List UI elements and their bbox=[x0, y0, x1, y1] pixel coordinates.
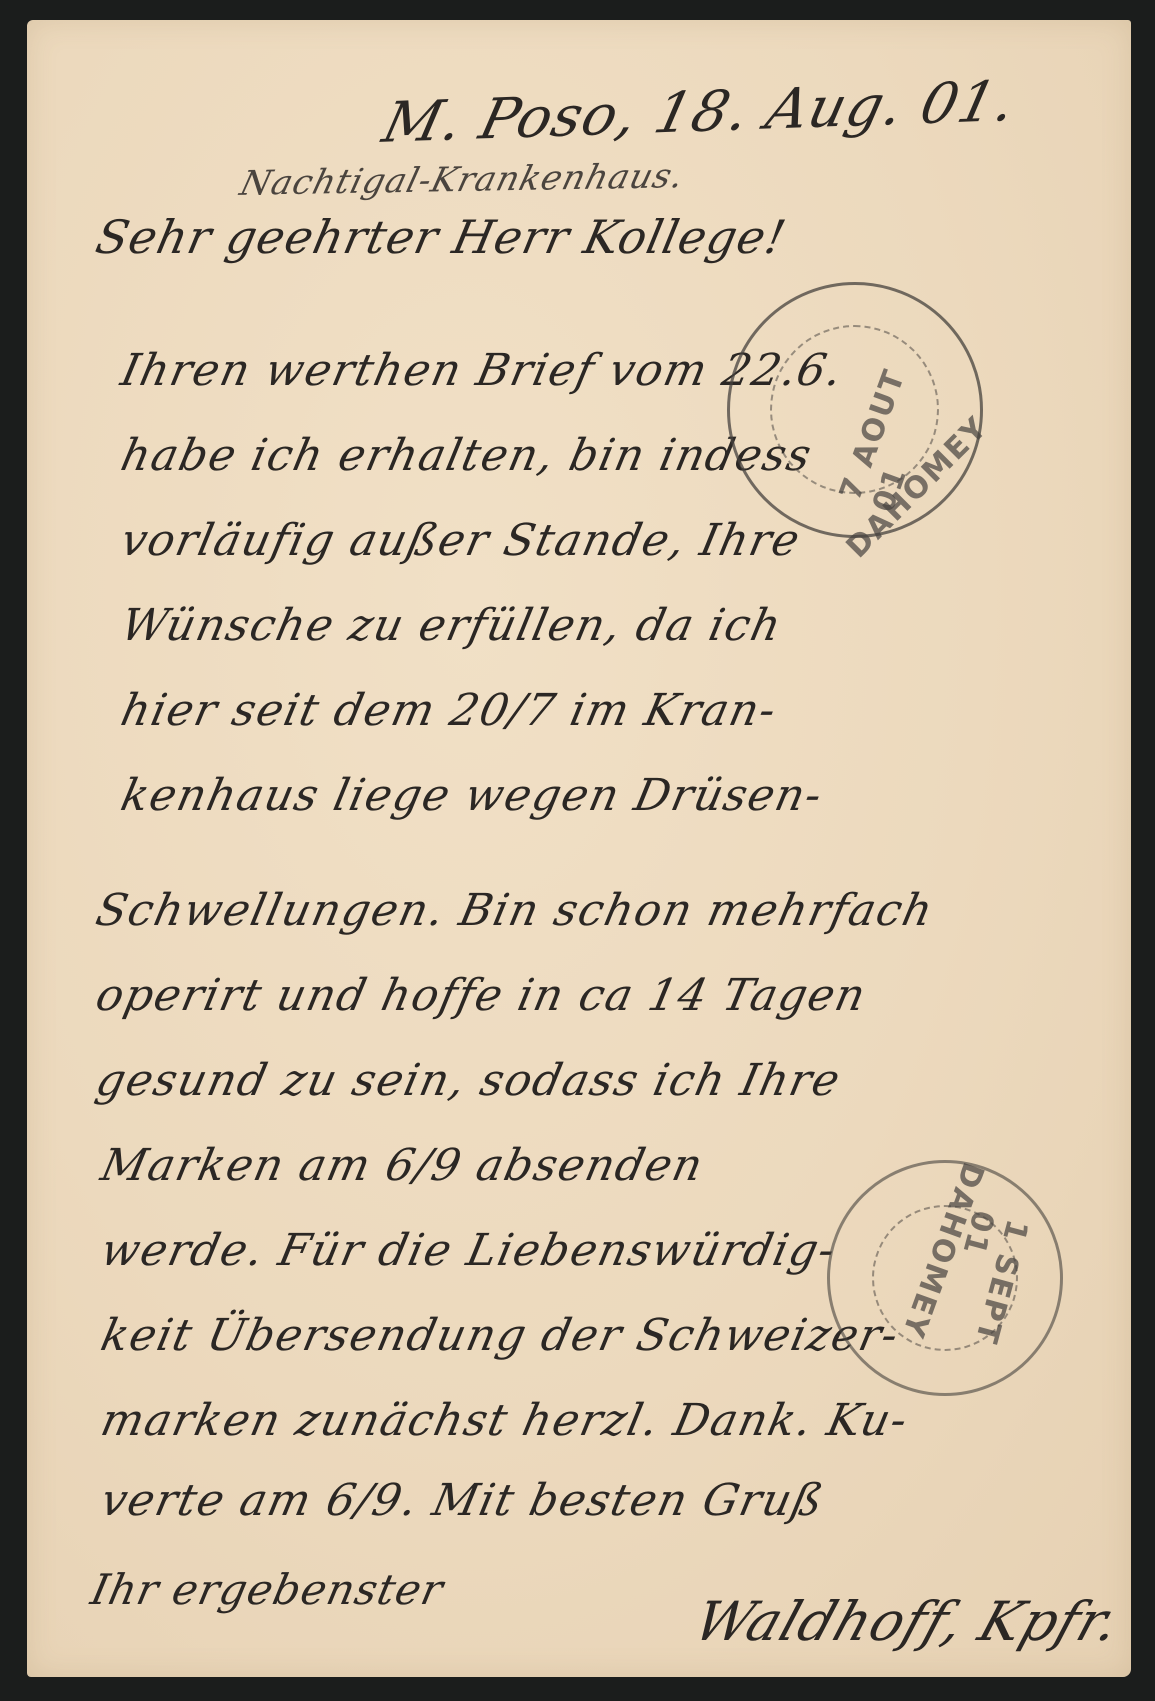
body-line: habe ich erhalten, bin indess bbox=[117, 430, 817, 481]
closing: Ihr ergebenster bbox=[87, 1565, 448, 1614]
body-line: keit Übersendung der Schweizer- bbox=[97, 1310, 904, 1361]
salutation: Sehr geehrter Herr Kollege! bbox=[91, 210, 791, 264]
body-line: hier seit dem 20/7 im Kran- bbox=[117, 685, 782, 736]
place-date-header: M. Poso, 18. Aug. 01. bbox=[377, 69, 1023, 156]
body-line: kenhaus liege wegen Drüsen- bbox=[117, 770, 828, 821]
body-line: vorläufig außer Stande, Ihre bbox=[117, 515, 806, 566]
body-line: operirt und hoffe in ca 14 Tagen bbox=[92, 970, 872, 1021]
body-line: Marken am 6/9 absenden bbox=[97, 1140, 709, 1191]
body-line: Wünsche zu erfüllen, da ich bbox=[117, 600, 787, 651]
body-line: gesund zu sein, sodass ich Ihre bbox=[92, 1055, 846, 1106]
body-line: marken zunächst herzl. Dank. Ku- bbox=[97, 1395, 913, 1446]
postmark-dahomey-lower: DAHOMEY 1 SEPT 01 bbox=[827, 1160, 1063, 1396]
postcard: M. Poso, 18. Aug. 01. Nachtigal-Krankenh… bbox=[27, 20, 1131, 1677]
institution-header: Nachtigal-Krankenhaus. bbox=[236, 156, 689, 204]
body-line: Schwellungen. Bin schon mehrfach bbox=[92, 885, 939, 936]
signature: Waldhoff, Kpfr. bbox=[687, 1590, 1129, 1653]
body-line: werde. Für die Liebenswürdig- bbox=[97, 1225, 841, 1276]
body-line: verte am 6/9. Mit besten Gruß bbox=[97, 1475, 829, 1526]
postmark-dahomey-upper: 7 AOUT 01 DAHOMEY bbox=[727, 282, 983, 538]
